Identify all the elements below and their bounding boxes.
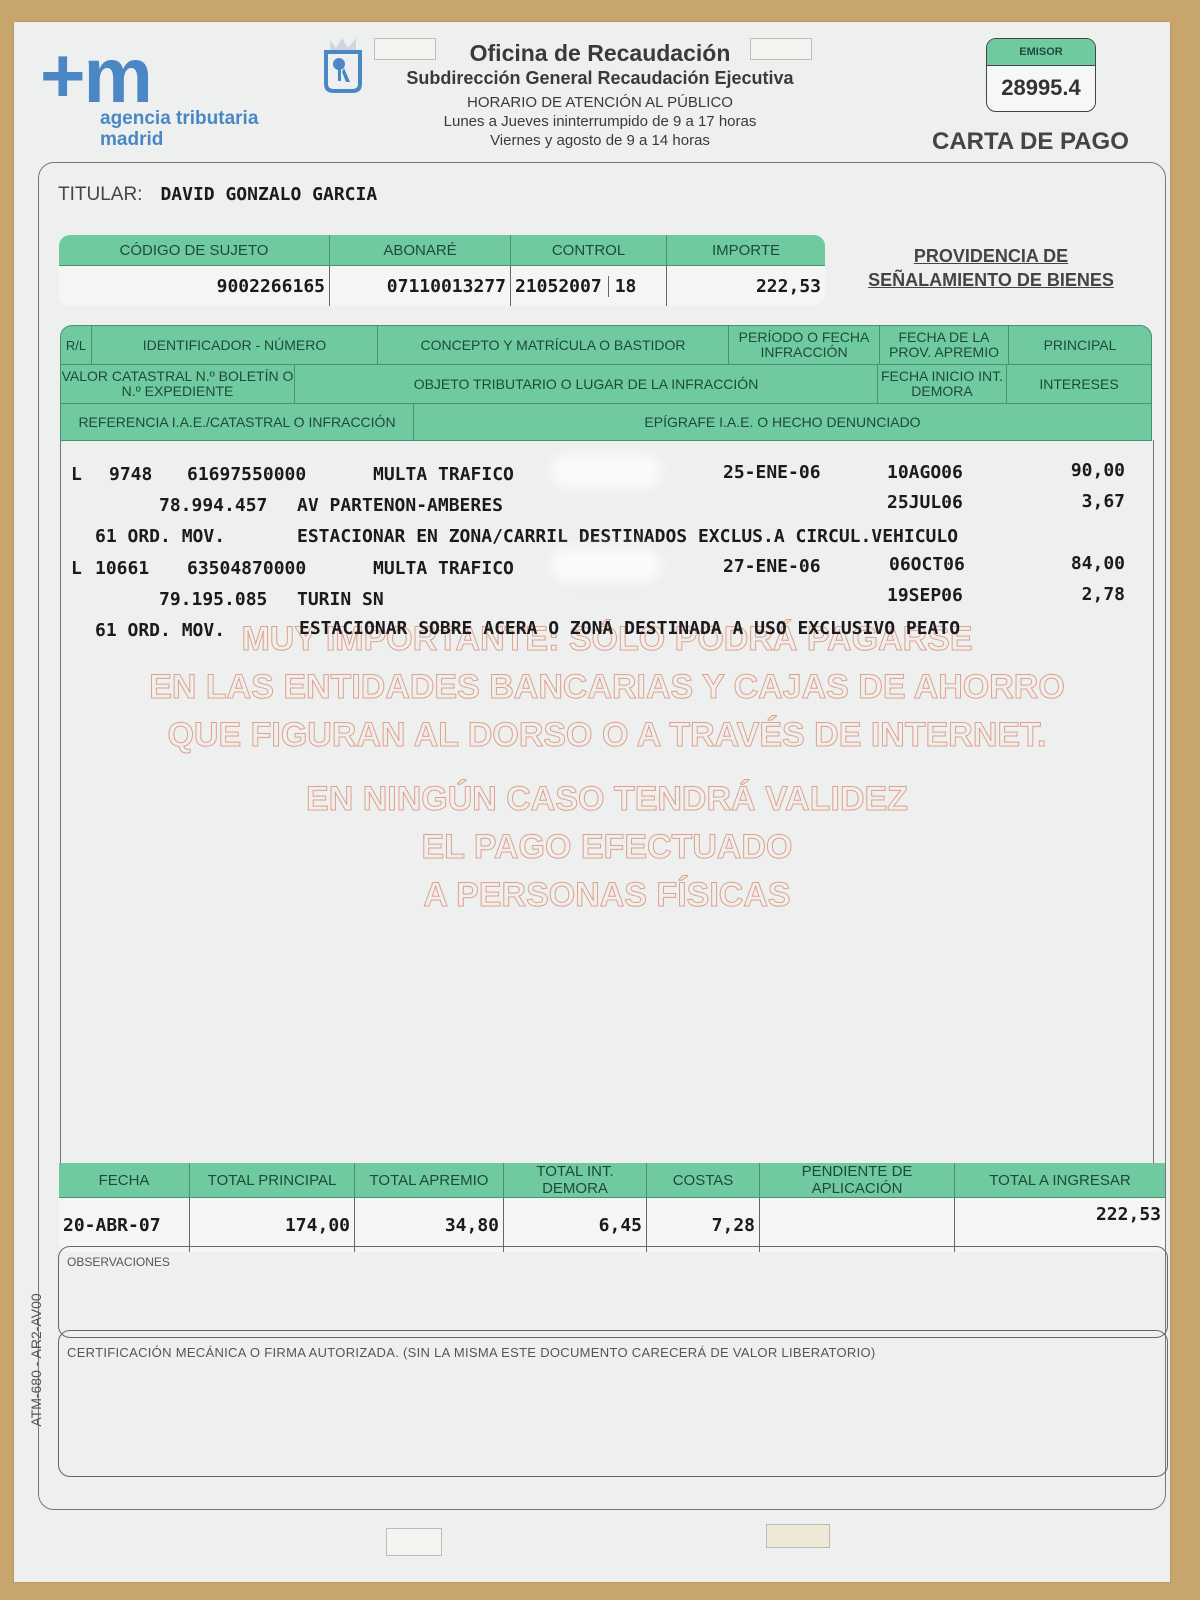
header-importe: IMPORTE xyxy=(667,235,826,266)
header-total-int-demora: TOTAL INT. DEMORA xyxy=(504,1163,647,1198)
titular-row: TITULAR:DAVID GONZALO GARCIA xyxy=(58,184,377,206)
logo-line-2: madrid xyxy=(100,129,258,150)
item-fecha-apremio: 06OCT06 xyxy=(889,554,965,575)
watermark-line-3: QUE FIGURAN AL DORSO O A TRAVÉS DE INTER… xyxy=(61,716,1153,755)
item-fecha-apremio: 10AGO06 xyxy=(887,462,963,483)
item-principal: 84,00 xyxy=(1071,553,1125,574)
item-fecha-inicio-demora: 25JUL06 xyxy=(887,492,963,513)
item-concepto: MULTA TRAFICO xyxy=(373,558,514,579)
item-rl: L xyxy=(71,558,82,579)
agency-logo-text: agencia tributaria madrid xyxy=(100,108,258,150)
office-header: Oficina de Recaudación Subdirección Gene… xyxy=(380,40,820,150)
header-referencia: REFERENCIA I.A.E./CATASTRAL O INFRACCIÓN xyxy=(61,404,414,440)
header-pendiente: PENDIENTE DE APLICACIÓN xyxy=(760,1163,955,1198)
item-fecha-infraccion: 27-ENE-06 xyxy=(723,556,821,577)
watermark-line-2: EN LAS ENTIDADES BANCARIAS Y CAJAS DE AH… xyxy=(61,668,1153,707)
hours-title: HORARIO DE ATENCIÓN AL PÚBLICO xyxy=(380,93,820,112)
item-referencia: 61 ORD. MOV. xyxy=(95,526,225,547)
stamp-placeholder xyxy=(386,1528,442,1556)
control-value: 2105200718 xyxy=(511,266,667,307)
header-valor-catastral: VALOR CATASTRAL N.º BOLETÍN O N.º EXPEDI… xyxy=(61,365,295,403)
fecha-value: 20-ABR-07 xyxy=(59,1198,190,1253)
header-periodo: PERÍODO O FECHA INFRACCIÓN xyxy=(729,326,880,364)
header-intereses: INTERESES xyxy=(1007,365,1151,403)
madrid-crest-icon xyxy=(322,34,364,94)
header-costas: COSTAS xyxy=(647,1163,760,1198)
item-concepto: MULTA TRAFICO xyxy=(373,464,514,485)
item-hecho: ESTACIONAR SOBRE ACERA O ZONA DESTINADA … xyxy=(299,618,960,639)
watermark-line-5: EL PAGO EFECTUADO xyxy=(61,828,1153,867)
totals-table: FECHA TOTAL PRINCIPAL TOTAL APREMIO TOTA… xyxy=(58,1162,1166,1253)
header-epigrafe: EPÍGRAFE I.A.E. O HECHO DENUNCIADO xyxy=(414,404,1151,440)
header-fecha: FECHA xyxy=(59,1163,190,1198)
item-intereses: 2,78 xyxy=(1082,584,1125,605)
item-principal: 90,00 xyxy=(1071,460,1125,481)
providencia-title: PROVIDENCIA DE SEÑALAMIENTO DE BIENES xyxy=(860,244,1122,292)
header-fecha-apremio: FECHA DE LA PROV. APREMIO xyxy=(880,326,1009,364)
total-apremio-value: 34,80 xyxy=(355,1198,504,1253)
header-control: CONTROL xyxy=(511,235,667,266)
logo-line-1: agencia tributaria xyxy=(100,108,258,129)
certificacion-label: CERTIFICACIÓN MECÁNICA O FIRMA AUTORIZAD… xyxy=(67,1345,876,1360)
watermark-line-6: A PERSONAS FÍSICAS xyxy=(61,876,1153,915)
header-objeto-tributario: OBJETO TRIBUTARIO O LUGAR DE LA INFRACCI… xyxy=(295,365,878,403)
providencia-line-1: PROVIDENCIA DE xyxy=(860,244,1122,268)
office-title: Oficina de Recaudación xyxy=(380,40,820,67)
redacted-region xyxy=(551,454,661,488)
emisor-box: EMISOR 28995.4 xyxy=(986,38,1096,112)
header-principal: PRINCIPAL xyxy=(1009,326,1151,364)
titular-name: DAVID GONZALO GARCIA xyxy=(160,184,377,205)
item-referencia: 61 ORD. MOV. xyxy=(95,620,225,641)
detail-body: MUY IMPORTANTE: SÓLO PODRÁ PAGARSE EN LA… xyxy=(60,440,1154,1170)
item-identificador: 9748 xyxy=(109,464,152,485)
redacted-region xyxy=(551,548,661,582)
item-rl: L xyxy=(71,464,82,485)
abonare-value: 07110013277 xyxy=(330,266,511,307)
item-boletin: 79.195.085 xyxy=(159,589,267,610)
total-ingresar-value: 222,53 xyxy=(955,1198,1166,1253)
certificacion-box: CERTIFICACIÓN MECÁNICA O FIRMA AUTORIZAD… xyxy=(58,1330,1168,1477)
total-principal-value: 174,00 xyxy=(190,1198,355,1253)
providencia-line-2: SEÑALAMIENTO DE BIENES xyxy=(860,268,1122,292)
item-fecha-infraccion: 25-ENE-06 xyxy=(723,462,821,483)
header-total-principal: TOTAL PRINCIPAL xyxy=(190,1163,355,1198)
agency-logo-mark: +m xyxy=(40,40,151,110)
form-code: ATM-680 - AR2-AV00 xyxy=(28,1270,44,1450)
header-rl: R/L xyxy=(61,326,92,364)
subject-table: CÓDIGO DE SUJETO ABONARÉ CONTROL IMPORTE… xyxy=(58,234,826,307)
watermark-line-4: EN NINGÚN CASO TENDRÁ VALIDEZ xyxy=(61,780,1153,819)
item-lugar: AV PARTENON-AMBERES xyxy=(297,495,503,516)
control-value-1: 21052007 xyxy=(515,276,602,297)
header-concepto: CONCEPTO Y MATRÍCULA O BASTIDOR xyxy=(378,326,729,364)
codigo-sujeto-value: 9002266165 xyxy=(59,266,330,307)
emisor-label: EMISOR xyxy=(987,39,1095,66)
importe-value: 222,53 xyxy=(667,266,826,307)
titular-label: TITULAR: xyxy=(58,184,142,205)
stamp-placeholder xyxy=(766,1524,830,1548)
header-total-ingresar: TOTAL A INGRESAR xyxy=(955,1163,1166,1198)
item-boletin: 78.994.457 xyxy=(159,495,267,516)
pendiente-value xyxy=(760,1198,955,1253)
item-identificador: 10661 xyxy=(95,558,149,579)
item-numero: 63504870000 xyxy=(187,558,306,579)
document-title: CARTA DE PAGO xyxy=(932,128,1129,156)
item-hecho: ESTACIONAR EN ZONA/CARRIL DESTINADOS EXC… xyxy=(297,526,958,547)
control-value-2: 18 xyxy=(608,276,637,297)
header-identificador: IDENTIFICADOR - NÚMERO xyxy=(92,326,378,364)
observaciones-box: OBSERVACIONES xyxy=(58,1246,1168,1338)
item-lugar: TURIN SN xyxy=(297,589,384,610)
hours-line-2: Viernes y agosto de 9 a 14 horas xyxy=(380,131,820,150)
item-numero: 61697550000 xyxy=(187,464,306,485)
emisor-value: 28995.4 xyxy=(987,66,1095,110)
header-total-apremio: TOTAL APREMIO xyxy=(355,1163,504,1198)
hours-line-1: Lunes a Jueves ininterrumpido de 9 a 17 … xyxy=(380,112,820,131)
item-intereses: 3,67 xyxy=(1082,491,1125,512)
header-codigo-sujeto: CÓDIGO DE SUJETO xyxy=(59,235,330,266)
costas-value: 7,28 xyxy=(647,1198,760,1253)
office-subtitle: Subdirección General Recaudación Ejecuti… xyxy=(380,68,820,89)
header-abonare: ABONARÉ xyxy=(330,235,511,266)
detail-header: R/L IDENTIFICADOR - NÚMERO CONCEPTO Y MA… xyxy=(60,325,1152,441)
header-fecha-inicio-demora: FECHA INICIO INT. DEMORA xyxy=(878,365,1007,403)
item-fecha-inicio-demora: 19SEP06 xyxy=(887,585,963,606)
observaciones-label: OBSERVACIONES xyxy=(67,1255,170,1269)
total-int-demora-value: 6,45 xyxy=(504,1198,647,1253)
